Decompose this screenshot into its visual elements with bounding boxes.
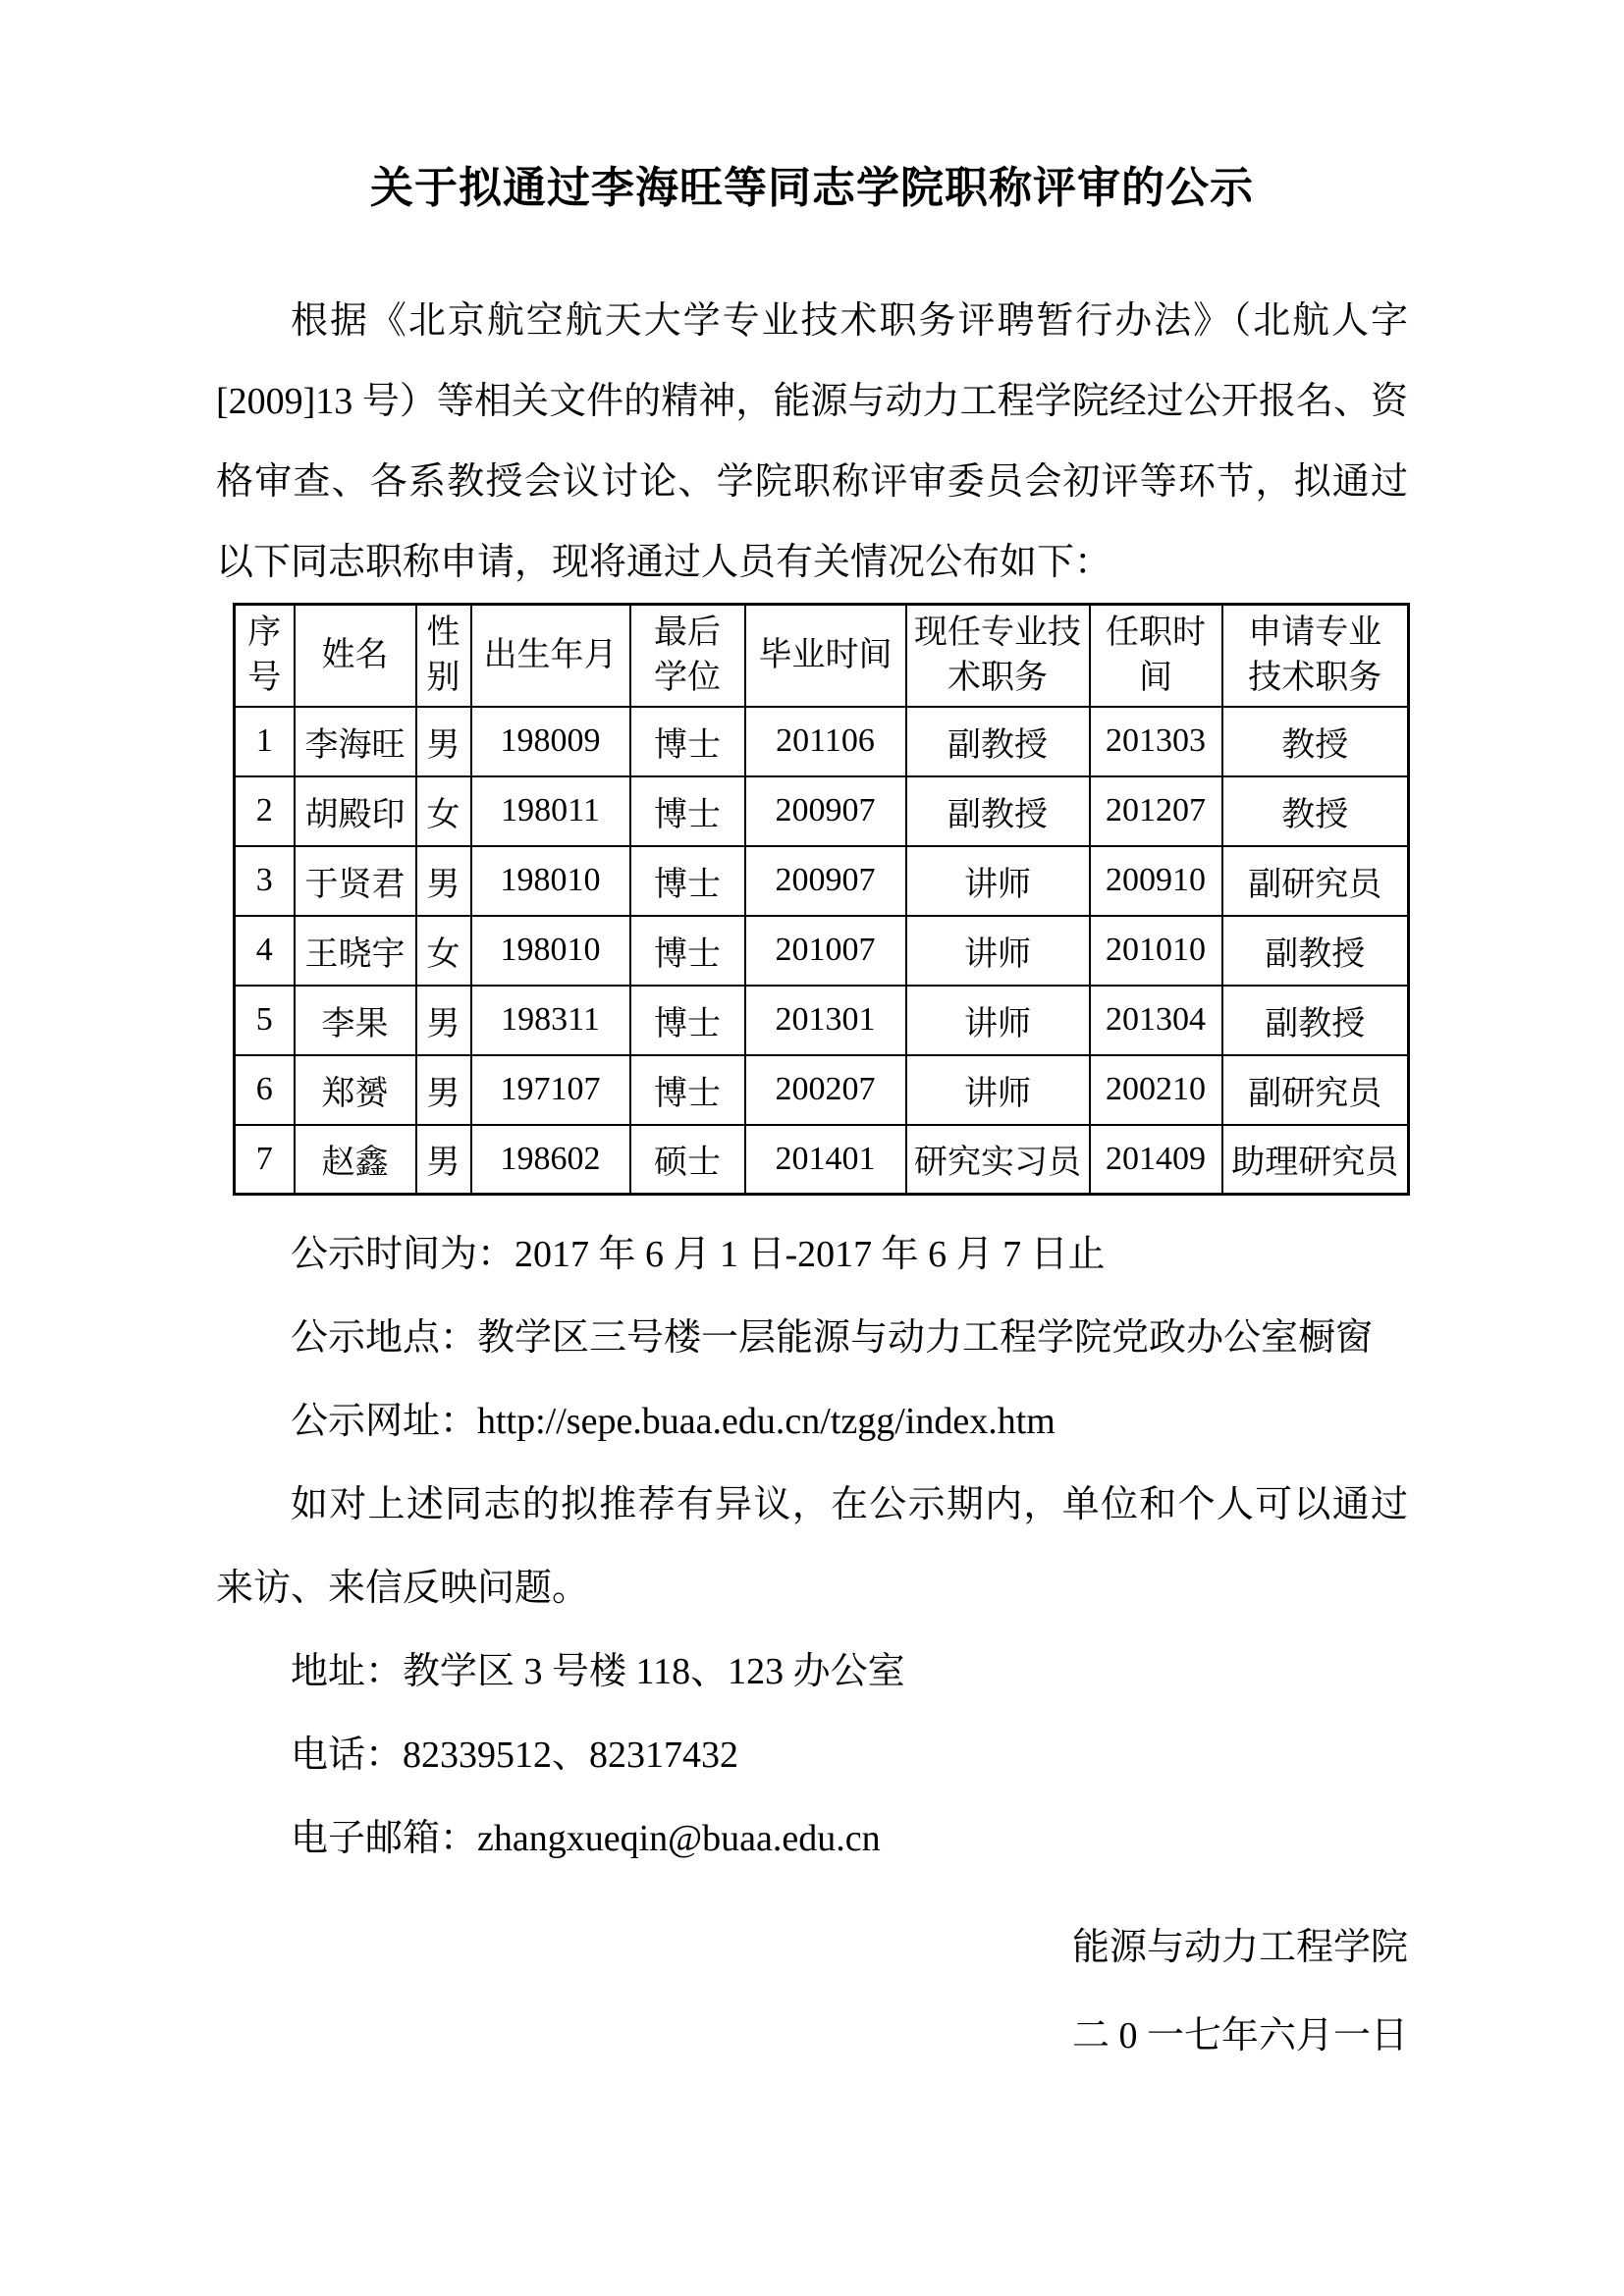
table-cell: 胡殿印 [295, 776, 416, 846]
table-cell: 博士 [630, 776, 745, 846]
email-line: 电子邮箱：zhangxueqin@buaa.edu.cn [216, 1797, 1408, 1881]
table-row: 3于贤君男198010博士200907讲师200910副研究员 [235, 846, 1409, 916]
table-cell: 副教授 [1222, 916, 1409, 986]
table-cell: 200907 [745, 776, 906, 846]
table-cell: 讲师 [906, 916, 1090, 986]
signature-date: 二 0 一七年六月一日 [216, 1995, 1408, 2078]
table-cell: 201409 [1090, 1125, 1222, 1195]
table-row: 2胡殿印女198011博士200907副教授201207教授 [235, 776, 1409, 846]
table-cell: 201007 [745, 916, 906, 986]
table-cell: 1 [235, 707, 295, 776]
table-cell: 教授 [1222, 707, 1409, 776]
table-cell: 201207 [1090, 776, 1222, 846]
table-cell: 男 [416, 846, 471, 916]
roster-table-body: 1李海旺男198009博士201106副教授201303教授2胡殿印女19801… [235, 707, 1409, 1195]
signature-org: 能源与动力工程学院 [216, 1906, 1408, 1990]
table-cell: 3 [235, 846, 295, 916]
page-title: 关于拟通过李海旺等同志学院职称评审的公示 [216, 157, 1408, 220]
roster-table-header: 序 号姓名性 别出生年月最后 学位毕业时间现任专业技 术职务任职时 间申请专业 … [235, 605, 1409, 707]
roster-table: 序 号姓名性 别出生年月最后 学位毕业时间现任专业技 术职务任职时 间申请专业 … [233, 603, 1410, 1196]
column-header: 姓名 [295, 605, 416, 707]
table-row: 5李果男198311博士201301讲师201304副教授 [235, 986, 1409, 1055]
table-cell: 女 [416, 916, 471, 986]
table-cell: 201304 [1090, 986, 1222, 1055]
publicity-url-line: 公示网址：http://sepe.buaa.edu.cn/tzgg/index.… [216, 1380, 1408, 1464]
table-cell: 郑赟 [295, 1055, 416, 1125]
table-cell: 硕士 [630, 1125, 745, 1195]
table-row: 7赵鑫男198602硕士201401研究实习员201409助理研究员 [235, 1125, 1409, 1195]
table-row: 4王晓宇女198010博士201007讲师201010副教授 [235, 916, 1409, 986]
table-cell: 副教授 [1222, 986, 1409, 1055]
table-cell: 副研究员 [1222, 1055, 1409, 1125]
table-cell: 198010 [471, 916, 630, 986]
table-row: 1李海旺男198009博士201106副教授201303教授 [235, 707, 1409, 776]
column-header: 最后 学位 [630, 605, 745, 707]
table-cell: 女 [416, 776, 471, 846]
table-cell: 副教授 [906, 707, 1090, 776]
objection-paragraph: 如对上述同志的拟推荐有异议，在公示期内，单位和个人可以通过来访、来信反映问题。 [216, 1464, 1408, 1630]
table-cell: 198311 [471, 986, 630, 1055]
intro-paragraph: 根据《北京航空航天大学专业技术职务评聘暂行办法》（北航人字[2009]13 号）… [216, 281, 1408, 603]
table-cell: 王晓宇 [295, 916, 416, 986]
column-header: 毕业时间 [745, 605, 906, 707]
table-cell: 200210 [1090, 1055, 1222, 1125]
table-cell: 教授 [1222, 776, 1409, 846]
table-cell: 男 [416, 707, 471, 776]
column-header: 现任专业技 术职务 [906, 605, 1090, 707]
table-cell: 7 [235, 1125, 295, 1195]
table-cell: 讲师 [906, 846, 1090, 916]
table-cell: 200907 [745, 846, 906, 916]
phone-line: 电话：82339512、82317432 [216, 1714, 1408, 1797]
table-cell: 4 [235, 916, 295, 986]
info-block: 公示时间为：2017 年 6 月 1 日-2017 年 6 月 7 日止 公示地… [216, 1213, 1408, 1881]
column-header: 任职时 间 [1090, 605, 1222, 707]
table-cell: 197107 [471, 1055, 630, 1125]
table-cell: 博士 [630, 846, 745, 916]
table-cell: 男 [416, 1125, 471, 1195]
table-cell: 2 [235, 776, 295, 846]
header-row: 序 号姓名性 别出生年月最后 学位毕业时间现任专业技 术职务任职时 间申请专业 … [235, 605, 1409, 707]
table-cell: 198010 [471, 846, 630, 916]
table-cell: 研究实习员 [906, 1125, 1090, 1195]
table-cell: 201106 [745, 707, 906, 776]
table-cell: 200910 [1090, 846, 1222, 916]
table-cell: 李果 [295, 986, 416, 1055]
table-cell: 李海旺 [295, 707, 416, 776]
table-cell: 副教授 [906, 776, 1090, 846]
table-cell: 副研究员 [1222, 846, 1409, 916]
table-cell: 201010 [1090, 916, 1222, 986]
column-header: 性 别 [416, 605, 471, 707]
table-cell: 讲师 [906, 986, 1090, 1055]
table-cell: 201303 [1090, 707, 1222, 776]
table-cell: 5 [235, 986, 295, 1055]
table-cell: 201301 [745, 986, 906, 1055]
column-header: 序 号 [235, 605, 295, 707]
table-cell: 男 [416, 986, 471, 1055]
table-cell: 198602 [471, 1125, 630, 1195]
publicity-period-line: 公示时间为：2017 年 6 月 1 日-2017 年 6 月 7 日止 [216, 1213, 1408, 1297]
table-cell: 198009 [471, 707, 630, 776]
table-cell: 博士 [630, 1055, 745, 1125]
table-cell: 6 [235, 1055, 295, 1125]
table-cell: 男 [416, 1055, 471, 1125]
publicity-location-line: 公示地点：教学区三号楼一层能源与动力工程学院党政办公室橱窗 [216, 1297, 1408, 1380]
document-page: 关于拟通过李海旺等同志学院职称评审的公示 根据《北京航空航天大学专业技术职务评聘… [0, 0, 1624, 2296]
column-header: 出生年月 [471, 605, 630, 707]
column-header: 申请专业 技术职务 [1222, 605, 1409, 707]
table-cell: 博士 [630, 916, 745, 986]
table-cell: 198011 [471, 776, 630, 846]
table-cell: 于贤君 [295, 846, 416, 916]
table-cell: 201401 [745, 1125, 906, 1195]
table-cell: 200207 [745, 1055, 906, 1125]
table-cell: 讲师 [906, 1055, 1090, 1125]
address-line: 地址：教学区 3 号楼 118、123 办公室 [216, 1630, 1408, 1714]
table-cell: 博士 [630, 707, 745, 776]
table-row: 6郑赟男197107博士200207讲师200210副研究员 [235, 1055, 1409, 1125]
table-cell: 助理研究员 [1222, 1125, 1409, 1195]
table-cell: 赵鑫 [295, 1125, 416, 1195]
table-cell: 博士 [630, 986, 745, 1055]
